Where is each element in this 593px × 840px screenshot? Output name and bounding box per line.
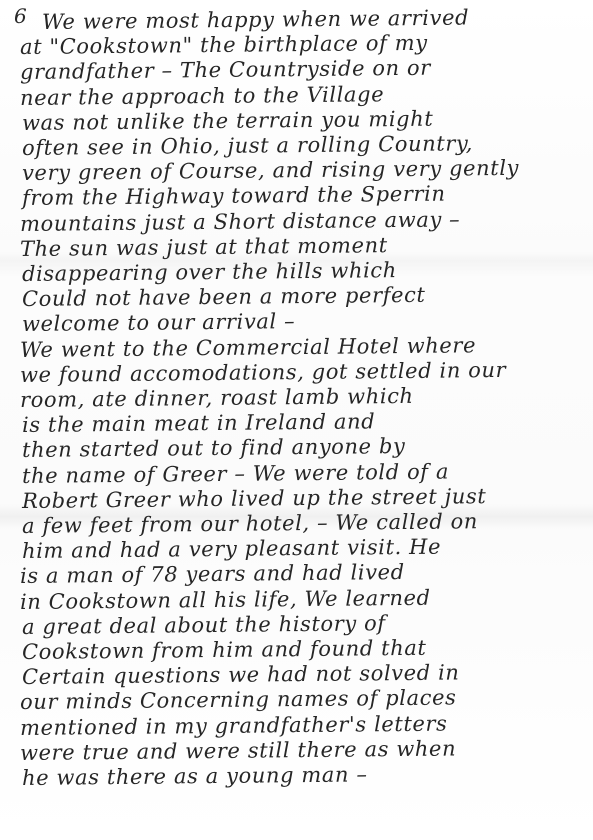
text-line: Cookstown from him and found that [22, 636, 427, 664]
text-line: at "Cookstown" the birthplace of my [20, 31, 428, 59]
text-line: were true and were still there as when [20, 736, 456, 765]
text-line: a great deal about the history of [22, 611, 386, 639]
letter-page: 6 We were most happy when we arrivedat "… [0, 0, 593, 840]
text-line: the name of Greer – We were told of a [22, 459, 449, 487]
text-line: The sun was just at that moment [20, 233, 388, 261]
text-line: was not unlike the terrain you might [22, 106, 434, 134]
text-line: our minds Concerning names of places [20, 686, 457, 715]
text-line: We were most happy when we arrived [42, 6, 469, 34]
text-line: a few feet from our hotel, – We called o… [22, 509, 478, 538]
text-line: then started out to find anyone by [22, 434, 406, 462]
text-line: near the approach to the Village [20, 82, 384, 110]
text-line: often see in Ohio, just a rolling Countr… [22, 131, 473, 160]
text-line: We went to the Commercial Hotel where [20, 333, 476, 362]
text-line: mountains just a Short distance away – [20, 207, 460, 236]
text-line: mentioned in my grandfather's letters [20, 711, 448, 739]
text-line: from the Highway toward the Sperrin [22, 182, 446, 210]
text-line: we found accomodations, got settled in o… [20, 358, 506, 387]
text-line: in Cookstown all his life, We learned [20, 585, 431, 613]
text-line: grandfather – The Countryside on or [20, 56, 431, 84]
text-line: is a man of 78 years and had lived [20, 560, 405, 588]
text-line: him and had a very pleasant visit. He [22, 535, 441, 563]
text-line: Certain questions we had not solved in [22, 661, 460, 690]
text-line: Robert Greer who lived up the street jus… [22, 484, 487, 513]
text-line: Could not have been a more perfect [22, 283, 426, 311]
text-line: welcome to our arrival – [22, 310, 295, 337]
text-line: is the main meat in Ireland and [22, 409, 375, 437]
text-line: disappearing over the hills which [22, 258, 397, 286]
text-line: room, ate dinner, roast lamb which [20, 384, 414, 412]
text-line: he was there as a young man – [22, 762, 368, 790]
page-number: 6 [14, 4, 27, 28]
